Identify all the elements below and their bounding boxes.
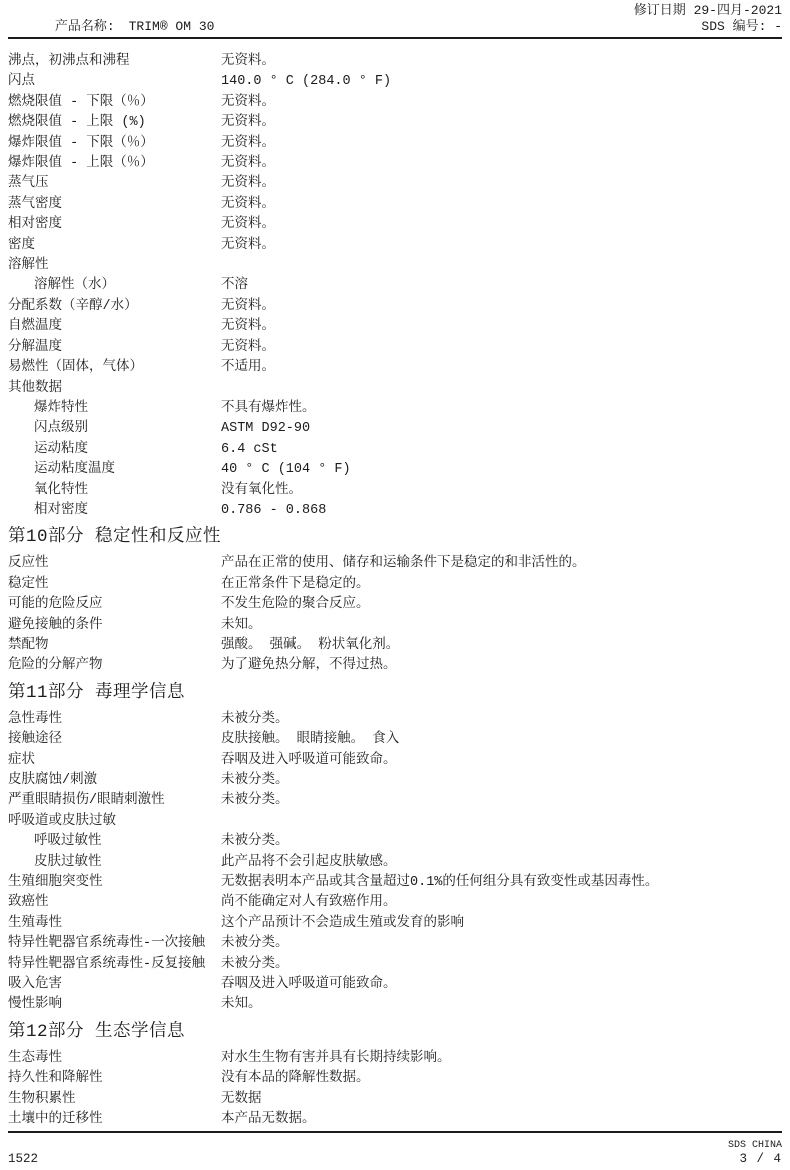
property-row: 蒸气压 无资料。 bbox=[8, 174, 782, 194]
document-body: 沸点，初沸点和沸程 无资料。 闪点 140.0 ° C (284.0 ° F) … bbox=[8, 39, 782, 1131]
property-label: 呼吸过敏性 bbox=[8, 832, 221, 852]
property-value: 无资料。 bbox=[221, 113, 782, 133]
property-row: 皮肤腐蚀/刺激 未被分类。 bbox=[8, 771, 782, 791]
property-value: 无资料。 bbox=[221, 215, 782, 235]
property-row: 相对密度 0.786 - 0.868 bbox=[8, 501, 782, 521]
property-label: 燃烧限值 - 上限 (%) bbox=[8, 113, 221, 133]
property-row: 爆炸特性 不具有爆炸性。 bbox=[8, 399, 782, 419]
property-value: 无资料。 bbox=[221, 195, 782, 215]
property-label: 易燃性（固体，气体） bbox=[8, 358, 221, 378]
footer-row: 1522 SDS CHINA 3 / 4 bbox=[8, 1133, 782, 1166]
property-row: 接触途径 皮肤接触。 眼睛接触。 食入 bbox=[8, 730, 782, 750]
property-label: 蒸气密度 bbox=[8, 195, 221, 215]
property-value: 强酸。 强碱。 粉状氧化剂。 bbox=[221, 636, 782, 656]
section-title: 第12部分 生态学信息 bbox=[8, 1020, 782, 1045]
property-value: 无资料。 bbox=[221, 134, 782, 154]
property-value: 没有本品的降解性数据。 bbox=[221, 1069, 782, 1089]
property-row: 危险的分解产物 为了避免热分解，不得过热。 bbox=[8, 656, 782, 676]
property-row: 爆炸限值 - 下限（％） 无资料。 bbox=[8, 134, 782, 154]
property-value: 无资料。 bbox=[221, 236, 782, 256]
property-value: 未知。 bbox=[221, 616, 782, 636]
property-row: 症状 吞咽及进入呼吸道可能致命。 bbox=[8, 751, 782, 771]
property-row: 易燃性（固体，气体） 不适用。 bbox=[8, 358, 782, 378]
property-row: 呼吸道或皮肤过敏 bbox=[8, 812, 782, 832]
property-value: 没有氧化性。 bbox=[221, 481, 782, 501]
document-section: 第12部分 生态学信息 生态毒性 对水生生物有害并具有长期持续影响。 持久性和降… bbox=[8, 1020, 782, 1131]
property-label: 生殖细胞突变性 bbox=[8, 873, 221, 893]
property-value: 对水生生物有害并具有长期持续影响。 bbox=[221, 1049, 782, 1069]
property-label: 接触途径 bbox=[8, 730, 221, 750]
property-row: 自燃温度 无资料。 bbox=[8, 317, 782, 337]
property-label: 禁配物 bbox=[8, 636, 221, 656]
footer-region: SDS CHINA bbox=[728, 1139, 782, 1152]
property-row: 闪点级别 ASTM D92-90 bbox=[8, 419, 782, 439]
property-value: 无数据 bbox=[221, 1090, 782, 1110]
property-row: 致癌性 尚不能确定对人有致癌作用。 bbox=[8, 893, 782, 913]
property-value: 无资料。 bbox=[221, 338, 782, 358]
property-row: 爆炸限值 - 上限（％） 无资料。 bbox=[8, 154, 782, 174]
property-label: 沸点，初沸点和沸程 bbox=[8, 52, 221, 72]
property-label: 慢性影响 bbox=[8, 995, 221, 1015]
property-label: 溶解性 bbox=[8, 256, 221, 276]
property-row: 生物积累性 无数据 bbox=[8, 1090, 782, 1110]
property-row: 稳定性 在正常条件下是稳定的。 bbox=[8, 575, 782, 595]
property-label: 相对密度 bbox=[8, 501, 221, 521]
section-rows: 反应性 产品在正常的使用、储存和运输条件下是稳定的和非活性的。 稳定性 在正常条… bbox=[8, 554, 782, 676]
property-value: 无资料。 bbox=[221, 93, 782, 113]
property-label: 皮肤过敏性 bbox=[8, 853, 221, 873]
product-name-label: 产品名称: bbox=[55, 19, 115, 34]
property-row: 闪点 140.0 ° C (284.0 ° F) bbox=[8, 72, 782, 92]
property-row: 禁配物 强酸。 强碱。 粉状氧化剂。 bbox=[8, 636, 782, 656]
property-value: 尚不能确定对人有致癌作用。 bbox=[221, 893, 782, 913]
property-value: 0.786 - 0.868 bbox=[221, 501, 782, 521]
property-label: 溶解性（水） bbox=[8, 276, 221, 296]
property-value: 本产品无数据。 bbox=[221, 1110, 782, 1130]
property-row: 运动粘度 6.4 cSt bbox=[8, 440, 782, 460]
property-value: 未被分类。 bbox=[221, 832, 782, 852]
property-label: 可能的危险反应 bbox=[8, 595, 221, 615]
property-label: 相对密度 bbox=[8, 215, 221, 235]
property-value: 无资料。 bbox=[221, 317, 782, 337]
property-label: 土壤中的迁移性 bbox=[8, 1110, 221, 1130]
property-row: 慢性影响 未知。 bbox=[8, 995, 782, 1015]
property-label: 运动粘度 bbox=[8, 440, 221, 460]
document-section: 第10部分 稳定性和反应性 反应性 产品在正常的使用、储存和运输条件下是稳定的和… bbox=[8, 525, 782, 676]
property-label: 稳定性 bbox=[8, 575, 221, 595]
property-value: 皮肤接触。 眼睛接触。 食入 bbox=[221, 730, 782, 750]
property-label: 密度 bbox=[8, 236, 221, 256]
property-row: 氧化特性 没有氧化性。 bbox=[8, 481, 782, 501]
property-value: 吞咽及进入呼吸道可能致命。 bbox=[221, 751, 782, 771]
property-value: 不发生危险的聚合反应。 bbox=[221, 595, 782, 615]
property-value: 无资料。 bbox=[221, 297, 782, 317]
property-value: 6.4 cSt bbox=[221, 440, 782, 460]
property-value: 在正常条件下是稳定的。 bbox=[221, 575, 782, 595]
property-row: 呼吸过敏性 未被分类。 bbox=[8, 832, 782, 852]
property-value: 为了避免热分解，不得过热。 bbox=[221, 656, 782, 676]
property-label: 致癌性 bbox=[8, 893, 221, 913]
property-label: 自燃温度 bbox=[8, 317, 221, 337]
property-value: 140.0 ° C (284.0 ° F) bbox=[221, 72, 782, 92]
property-value: ASTM D92-90 bbox=[221, 419, 782, 439]
property-row: 溶解性 bbox=[8, 256, 782, 276]
property-row: 相对密度 无资料。 bbox=[8, 215, 782, 235]
property-label: 燃烧限值 - 下限（％） bbox=[8, 93, 221, 113]
property-label: 呼吸道或皮肤过敏 bbox=[8, 812, 221, 832]
property-row: 燃烧限值 - 上限 (%) 无资料。 bbox=[8, 113, 782, 133]
property-value: 未被分类。 bbox=[221, 934, 782, 954]
property-label: 症状 bbox=[8, 751, 221, 771]
property-label: 急性毒性 bbox=[8, 710, 221, 730]
page-number: 3 / 4 bbox=[728, 1152, 782, 1166]
property-label: 皮肤腐蚀/刺激 bbox=[8, 771, 221, 791]
section-title: 第11部分 毒理学信息 bbox=[8, 681, 782, 706]
property-value: 无资料。 bbox=[221, 52, 782, 72]
property-row: 其他数据 bbox=[8, 379, 782, 399]
page-header: 产品名称:TRIM® OM 30 修订日期 29-四月-2021 SDS 编号:… bbox=[8, 0, 782, 39]
property-label: 生殖毒性 bbox=[8, 914, 221, 934]
sds-document-page: 产品名称:TRIM® OM 30 修订日期 29-四月-2021 SDS 编号:… bbox=[0, 0, 790, 1170]
property-label: 其他数据 bbox=[8, 379, 221, 399]
property-row: 运动粘度温度 40 ° C (104 ° F) bbox=[8, 460, 782, 480]
header-meta: 修订日期 29-四月-2021 SDS 编号: - bbox=[634, 3, 782, 35]
property-row: 避免接触的条件 未知。 bbox=[8, 616, 782, 636]
page-footer: 1522 SDS CHINA 3 / 4 bbox=[8, 1131, 782, 1166]
property-row: 生殖毒性 这个产品预计不会造成生殖或发育的影响 bbox=[8, 914, 782, 934]
property-row: 可能的危险反应 不发生危险的聚合反应。 bbox=[8, 595, 782, 615]
footer-right: SDS CHINA 3 / 4 bbox=[728, 1139, 782, 1166]
property-row: 持久性和降解性 没有本品的降解性数据。 bbox=[8, 1069, 782, 1089]
property-row: 严重眼睛损伤/眼睛刺激性 未被分类。 bbox=[8, 791, 782, 811]
property-label: 特异性靶器官系统毒性-一次接触 bbox=[8, 934, 221, 954]
property-label: 生态毒性 bbox=[8, 1049, 221, 1069]
document-section: 第11部分 毒理学信息 急性毒性 未被分类。 接触途径 皮肤接触。 眼睛接触。 … bbox=[8, 681, 782, 1016]
property-value: 此产品将不会引起皮肤敏感。 bbox=[221, 853, 782, 873]
property-row: 沸点，初沸点和沸程 无资料。 bbox=[8, 52, 782, 72]
property-value: 无资料。 bbox=[221, 154, 782, 174]
property-row: 吸入危害 吞咽及进入呼吸道可能致命。 bbox=[8, 975, 782, 995]
sds-number: SDS 编号: - bbox=[634, 19, 782, 35]
property-value: 产品在正常的使用、储存和运输条件下是稳定的和非活性的。 bbox=[221, 554, 782, 574]
property-label: 分配系数（辛醇/水） bbox=[8, 297, 221, 317]
property-label: 爆炸限值 - 下限（％） bbox=[8, 134, 221, 154]
property-value: 吞咽及进入呼吸道可能致命。 bbox=[221, 975, 782, 995]
property-value: 不具有爆炸性。 bbox=[221, 399, 782, 419]
property-value: 未知。 bbox=[221, 995, 782, 1015]
property-label: 生物积累性 bbox=[8, 1090, 221, 1110]
property-label: 闪点 bbox=[8, 72, 221, 92]
section-rows: 生态毒性 对水生生物有害并具有长期持续影响。 持久性和降解性 没有本品的降解性数… bbox=[8, 1049, 782, 1131]
section-rows: 急性毒性 未被分类。 接触途径 皮肤接触。 眼睛接触。 食入 症状 吞咽及进入呼… bbox=[8, 710, 782, 1016]
property-value: 无资料。 bbox=[221, 174, 782, 194]
property-row: 皮肤过敏性 此产品将不会引起皮肤敏感。 bbox=[8, 853, 782, 873]
property-label: 危险的分解产物 bbox=[8, 656, 221, 676]
property-label: 避免接触的条件 bbox=[8, 616, 221, 636]
property-row: 分解温度 无资料。 bbox=[8, 338, 782, 358]
property-label: 反应性 bbox=[8, 554, 221, 574]
property-value: 这个产品预计不会造成生殖或发育的影响 bbox=[221, 914, 782, 934]
property-row: 溶解性（水） 不溶 bbox=[8, 276, 782, 296]
section-title: 第10部分 稳定性和反应性 bbox=[8, 525, 782, 550]
property-row: 生态毒性 对水生生物有害并具有长期持续影响。 bbox=[8, 1049, 782, 1069]
property-row: 蒸气密度 无资料。 bbox=[8, 195, 782, 215]
section-rows: 沸点，初沸点和沸程 无资料。 闪点 140.0 ° C (284.0 ° F) … bbox=[8, 52, 782, 521]
property-value: 无数据表明本产品或其含量超过0.1%的任何组分具有致变性或基因毒性。 bbox=[221, 873, 782, 893]
property-label: 严重眼睛损伤/眼睛刺激性 bbox=[8, 791, 221, 811]
property-label: 闪点级别 bbox=[8, 419, 221, 439]
property-row: 土壤中的迁移性 本产品无数据。 bbox=[8, 1110, 782, 1130]
property-value: 40 ° C (104 ° F) bbox=[221, 460, 782, 480]
property-value: 未被分类。 bbox=[221, 791, 782, 811]
property-value: 不适用。 bbox=[221, 358, 782, 378]
property-row: 分配系数（辛醇/水） 无资料。 bbox=[8, 297, 782, 317]
product-name-value: TRIM® OM 30 bbox=[129, 19, 215, 34]
property-label: 分解温度 bbox=[8, 338, 221, 358]
property-label: 爆炸限值 - 上限（％） bbox=[8, 154, 221, 174]
document-section: 沸点，初沸点和沸程 无资料。 闪点 140.0 ° C (284.0 ° F) … bbox=[8, 52, 782, 521]
property-row: 急性毒性 未被分类。 bbox=[8, 710, 782, 730]
property-row: 特异性靶器官系统毒性-一次接触 未被分类。 bbox=[8, 934, 782, 954]
property-label: 吸入危害 bbox=[8, 975, 221, 995]
property-label: 特异性靶器官系统毒性-反复接触 bbox=[8, 955, 221, 975]
property-label: 运动粘度温度 bbox=[8, 460, 221, 480]
property-value: 不溶 bbox=[221, 276, 782, 296]
property-row: 特异性靶器官系统毒性-反复接触 未被分类。 bbox=[8, 955, 782, 975]
revision-date: 修订日期 29-四月-2021 bbox=[634, 3, 782, 19]
property-value: 未被分类。 bbox=[221, 955, 782, 975]
doc-number: 1522 bbox=[8, 1152, 38, 1166]
property-row: 生殖细胞突变性 无数据表明本产品或其含量超过0.1%的任何组分具有致变性或基因毒… bbox=[8, 873, 782, 893]
property-value: 未被分类。 bbox=[221, 710, 782, 730]
property-row: 反应性 产品在正常的使用、储存和运输条件下是稳定的和非活性的。 bbox=[8, 554, 782, 574]
property-label: 氧化特性 bbox=[8, 481, 221, 501]
property-label: 持久性和降解性 bbox=[8, 1069, 221, 1089]
property-value: 未被分类。 bbox=[221, 771, 782, 791]
property-label: 蒸气压 bbox=[8, 174, 221, 194]
property-row: 密度 无资料。 bbox=[8, 236, 782, 256]
property-label: 爆炸特性 bbox=[8, 399, 221, 419]
property-row: 燃烧限值 - 下限（％） 无资料。 bbox=[8, 93, 782, 113]
